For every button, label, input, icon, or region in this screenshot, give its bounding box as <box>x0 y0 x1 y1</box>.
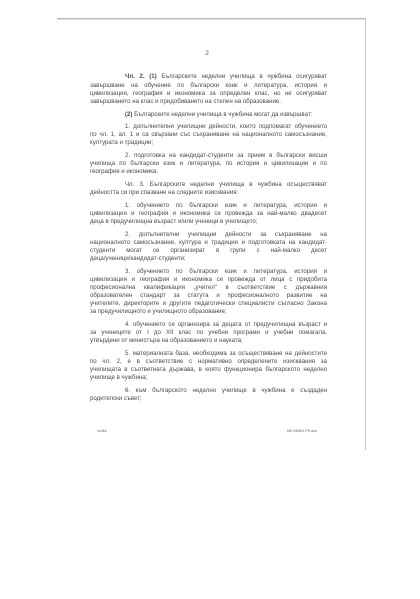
text-line: културата и традиции; <box>90 139 327 147</box>
footer-left-code: vd-BA <box>97 429 107 433</box>
text-line: цивилизация и география и икономика се п… <box>90 276 327 284</box>
text-line: (2) Българските неделни училища в чужбин… <box>125 111 327 119</box>
page-number: 2 <box>0 50 414 57</box>
text-line: за предучилищното и училищното образован… <box>90 308 327 316</box>
text-line: по чл. 1, ал. 1 и са свързани със съхран… <box>90 131 327 139</box>
scan-right-edge <box>365 18 366 450</box>
text-line: студенти могат се организират в групи с … <box>90 247 327 255</box>
text-line: 1. допълнителни училищни дейности, които… <box>125 123 327 131</box>
text-line: 2. допълнителни училищни дейности за съх… <box>125 231 327 239</box>
text-line: родителски съвет; <box>90 395 327 403</box>
text-line: 1. обучението по български език и литера… <box>125 202 327 210</box>
paragraph-marker: (2) <box>125 111 132 118</box>
text-line: училищата в съответната държава, в която… <box>90 366 327 374</box>
text-line: деца/ученици/кандидат-студенти; <box>90 255 327 263</box>
text-line: завършване на обучение по български език… <box>90 82 327 90</box>
text-line: професионална квалификация „учител" в съ… <box>90 284 327 292</box>
scan-top-edge-shadow <box>57 19 366 20</box>
text-line: утвърдени от министъра на образованието … <box>90 337 327 345</box>
text-line: националното самосъзнание, култура и тра… <box>90 239 327 247</box>
article-heading: Чл. 2. (1) <box>125 73 157 80</box>
text-line: цивилизация, география и икономика за оп… <box>90 90 327 98</box>
text-line: цивилизация и география и икономика се п… <box>90 210 327 218</box>
text-line: Чл. 2. (1) Българските неделни училища в… <box>125 73 327 81</box>
text-line: 4. обучението се организира за децата от… <box>125 321 327 329</box>
text-line: Чл. 3. Българските неделни училища в чуж… <box>125 181 327 189</box>
text-line: училище в чужбина; <box>90 374 327 382</box>
text-line: 6. към българското неделно училище в чуж… <box>125 387 327 395</box>
text-line: завършването на клас и придобиването на … <box>90 98 327 106</box>
text-line: образователен стандарт за статута и проф… <box>90 292 327 300</box>
text-line: 2. подготовка на кандидат-студенти за пр… <box>125 152 327 160</box>
text-line: 5. материалната база, необходима за осъщ… <box>125 350 327 358</box>
text-line: дейността си при спазване на следните из… <box>90 189 327 197</box>
text-line: училища по български език и литература, … <box>90 160 327 168</box>
footer-right-filename: MK-MKBG.PR.doc <box>287 429 317 433</box>
text-line: за учениците от I до XII клас по учебни … <box>90 329 327 337</box>
text-line: деца в предучилищна възраст и/или учениц… <box>90 218 327 226</box>
text-line: 3. обучението по български език и литера… <box>125 268 327 276</box>
text-line: по чл. 2, е в съответствие с нормативно … <box>90 358 327 366</box>
text-line: учителите, директорите и другите педагог… <box>90 300 327 308</box>
text-line: география и икономика. <box>90 168 327 176</box>
